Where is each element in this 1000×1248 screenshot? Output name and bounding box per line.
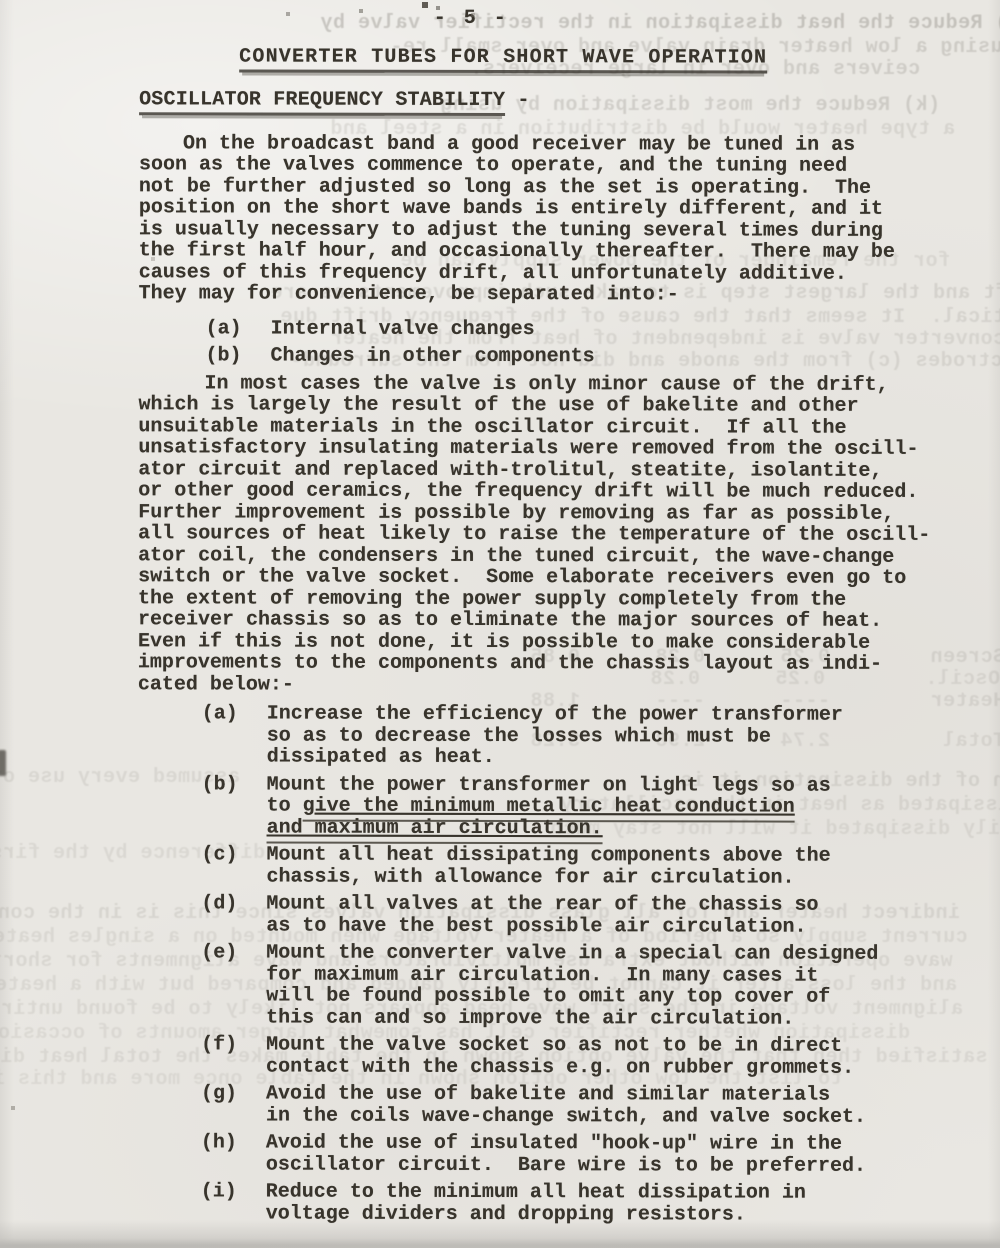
item-label: (a) <box>206 318 271 340</box>
scan-edge-mark <box>0 750 6 776</box>
paragraph-intro: On the broadcast band a good receiver ma… <box>139 133 961 307</box>
item-text: Mount the converter valve in a special c… <box>266 943 878 1030</box>
item-label: (b) <box>206 345 271 367</box>
section-heading-dash: - <box>505 89 529 112</box>
page-number: - 5 - <box>1 7 941 30</box>
ink-specks <box>0 0 2 2</box>
improvement-item: (a) Increase the efficiency of the power… <box>202 703 1000 769</box>
page-content: - 5 - CONVERTER TUBES FOR SHORT WAVE OPE… <box>0 0 1000 1248</box>
item-label: (a) <box>202 703 267 768</box>
item-label: (e) <box>201 942 266 1028</box>
item-text: Reduce to the minimum all heat dissipati… <box>266 1182 806 1226</box>
improvement-item: (b) Mount the power transformer on light… <box>202 774 1000 840</box>
improvement-item: (d) Mount all valves at the rear of the … <box>201 893 999 938</box>
item-label: (f) <box>201 1034 266 1077</box>
scan-background: { "colors": { "paper": "#e9e7e2", "ink":… <box>0 0 1000 1248</box>
improvement-item: (c) Mount all heat dissipating component… <box>201 844 999 889</box>
cause-item: (a) Internal valve changes <box>206 318 1000 341</box>
item-text: Mount the valve socket so as not to be i… <box>266 1035 854 1079</box>
item-text: Avoid the use of insulated "hook-up" wir… <box>266 1133 866 1177</box>
causes-list: (a) Internal valve changes (b) Changes i… <box>206 318 1000 369</box>
section-heading: OSCILLATOR FREQUENCY STABILITY - <box>139 89 1000 112</box>
improvement-item: (g) Avoid the use of bakelite and simila… <box>201 1083 999 1128</box>
item-label: (i) <box>201 1181 266 1224</box>
item-text: Mount all valves at the rear of the chas… <box>266 894 818 938</box>
improvement-item: (h) Avoid the use of insulated "hook-up"… <box>201 1132 999 1177</box>
item-text: Internal valve changes <box>271 318 535 340</box>
document-title: CONVERTER TUBES FOR SHORT WAVE OPERATION <box>239 46 1000 69</box>
item-label: (d) <box>201 893 266 936</box>
item-text-underlined: give the minimum metallic heat conductio… <box>267 795 795 844</box>
improvements-list: (a) Increase the efficiency of the power… <box>201 703 1000 1226</box>
item-label: (c) <box>201 844 266 887</box>
item-label: (h) <box>201 1132 266 1175</box>
section-heading-text: OSCILLATOR FREQUENCY STABILITY <box>139 88 505 116</box>
item-text: Increase the efficiency of the power tra… <box>267 704 843 770</box>
item-text: Avoid the use of bakelite and similar ma… <box>266 1084 866 1128</box>
document-page: (j) Reduce the heat dissipation in the r… <box>0 0 1000 1248</box>
document-title-text: CONVERTER TUBES FOR SHORT WAVE OPERATION <box>239 45 767 73</box>
improvement-item: (e) Mount the converter valve in a speci… <box>201 942 999 1030</box>
item-text: Mount all heat dissipating components ab… <box>266 845 830 889</box>
cause-item: (b) Changes in other components <box>206 345 1000 368</box>
item-text: Changes in other components <box>271 346 595 368</box>
item-text: Mount the power transformer on light leg… <box>267 774 831 840</box>
item-label: (g) <box>201 1083 266 1126</box>
improvement-item: (f) Mount the valve socket so as not to … <box>201 1034 999 1079</box>
item-label: (b) <box>202 774 267 839</box>
paragraph-body: In most cases the valve is only minor ca… <box>138 373 961 697</box>
improvement-item: (i) Reduce to the minimum all heat dissi… <box>201 1181 999 1226</box>
